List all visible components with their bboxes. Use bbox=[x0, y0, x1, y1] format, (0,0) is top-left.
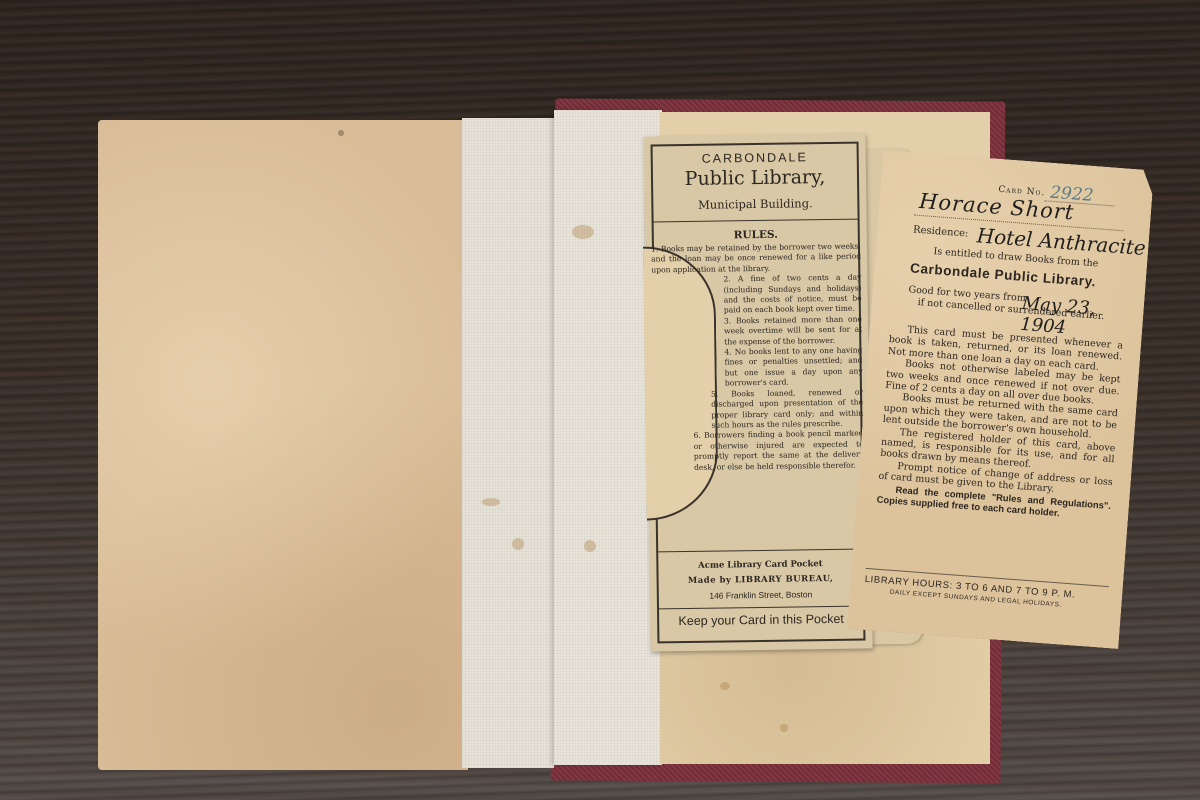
rules-list: 1. Books may be retained by the borrower… bbox=[651, 242, 864, 474]
rule-3: 3. Books retained more than one week ove… bbox=[652, 314, 862, 348]
card-conditions: This card must be presented whenever a b… bbox=[876, 323, 1123, 523]
rule-6: 6. Borrowers finding a book pencil marke… bbox=[654, 429, 865, 474]
borrower-card: Card No. 2922 Horace Short Residence: Ho… bbox=[847, 150, 1154, 649]
pocket-library-name: Public Library, bbox=[644, 165, 866, 190]
rule-1: 1. Books may be retained by the borrower… bbox=[651, 242, 861, 276]
library-card-pocket: CARBONDALE Public Library, Municipal Bui… bbox=[643, 133, 872, 651]
rule-2: 2. A fine of two cents a day (including … bbox=[651, 273, 862, 318]
front-inside-cover bbox=[98, 120, 468, 770]
left-hinge-cloth bbox=[462, 118, 554, 768]
rule-5: 5. Books loaned, renewed or discharged u… bbox=[653, 387, 864, 432]
rule-4: 4. No books lent to any one having fines… bbox=[652, 346, 863, 391]
residence-label: Residence: bbox=[913, 224, 969, 239]
